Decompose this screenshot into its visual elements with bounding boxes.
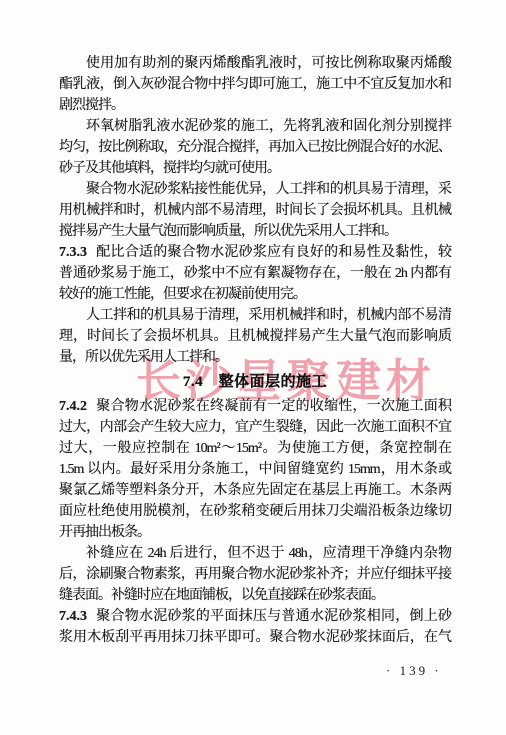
text-line: 量，所以优先采用人工拌和。 (59, 347, 451, 368)
text-line: 理，时间长了会损坏机具。且机械搅拌易产生大量气泡而影响质 (59, 326, 451, 347)
text-line: 聚合物水泥砂浆粘接性能优异，人工拌和的机具易于清理，采 (59, 179, 451, 200)
document-page: { "page": { "number_label": "· 139 ·", "… (0, 0, 506, 735)
clause-number: 7.4.2 (59, 399, 87, 414)
clause-number: 7.4.3 (59, 609, 87, 624)
text-line: 面应杜绝使用脱模剂，在砂浆稍变硬后用抹刀尖端沿板条边缘切 (59, 501, 451, 522)
text-line: 用机械拌和时，机械内部不易清理，时间长了会损坏机具。且机械 (59, 200, 451, 221)
text-line: 较好的施工性能，但要求在初凝前使用完。 (59, 284, 451, 305)
text-line: 过大，一般应控制在 10m²～15m²。为使施工方便，条宽控制在 (59, 438, 451, 459)
page-number: · 139 · (386, 663, 442, 679)
text-line: 7.4.3聚合物水泥砂浆的平面抹压与普通水泥砂浆相同，倒上砂 (59, 606, 451, 627)
text-line: 后，涂刷聚合物素浆，再用聚合物水泥砂浆补齐；并应仔细抹平接 (59, 564, 451, 585)
text-line: 1.5m 以内。最好采用分条施工，中间留缝宽约 15mm，用木条或 (59, 459, 451, 480)
text-line: 浆用木板刮平再用抹刀抹平即可。聚合物水泥砂浆抹面后，在气 (59, 627, 451, 648)
text-line: 酯乳液，倒入灰砂混合物中拌匀即可施工，施工中不宜反复加水和 (59, 74, 451, 95)
text-line: 普通砂浆易于施工，砂浆中不应有絮凝物存在，一般在 2h 内都有 (59, 263, 451, 284)
section-heading: 7.4 整体面层的施工 (59, 368, 451, 396)
text-line: 剧烈搅拌。 (59, 95, 451, 116)
text-line: 使用加有助剂的聚丙烯酸酯乳液时，可按比例称取聚丙烯酸 (59, 53, 451, 74)
text-line: 7.3.3配比合适的聚合物水泥砂浆应有良好的和易性及黏性，较 (59, 242, 451, 263)
text-line: 搅拌易产生大量气泡而影响质量，所以优先采用人工拌和。 (59, 221, 451, 242)
text-line: 聚氯乙烯等塑料条分开，木条应先固定在基层上再施工。木条两 (59, 480, 451, 501)
text-line: 过大，内部会产生较大应力，宜产生裂缝，因此一次施工面积不宜 (59, 417, 451, 438)
text-line: 环氧树脂乳液水泥砂浆的施工，先将乳液和固化剂分别搅拌 (59, 116, 451, 137)
text-line: 补缝应在 24h 后进行，但不迟于 48h，应清理干净缝内杂物 (59, 543, 451, 564)
text-line: 7.4.2聚合物水泥砂浆在终凝前有一定的收缩性，一次施工面积 (59, 396, 451, 417)
text-line: 开再抽出板条。 (59, 522, 451, 543)
text-line: 缝表面。补缝时应在地面铺板，以免直接踩在砂浆表面。 (59, 585, 451, 606)
text-block: 使用加有助剂的聚丙烯酸酯乳液时，可按比例称取聚丙烯酸酯乳液，倒入灰砂混合物中拌匀… (59, 53, 451, 648)
text-line: 砂子及其他填料，搅拌均匀就可使用。 (59, 158, 451, 179)
text-line: 人工拌和的机具易于清理，采用机械拌和时，机械内部不易清 (59, 305, 451, 326)
clause-number: 7.3.3 (59, 245, 87, 260)
text-line: 均匀，按比例称取，充分混合搅拌，再加入已按比例混合好的水泥、 (59, 137, 451, 158)
